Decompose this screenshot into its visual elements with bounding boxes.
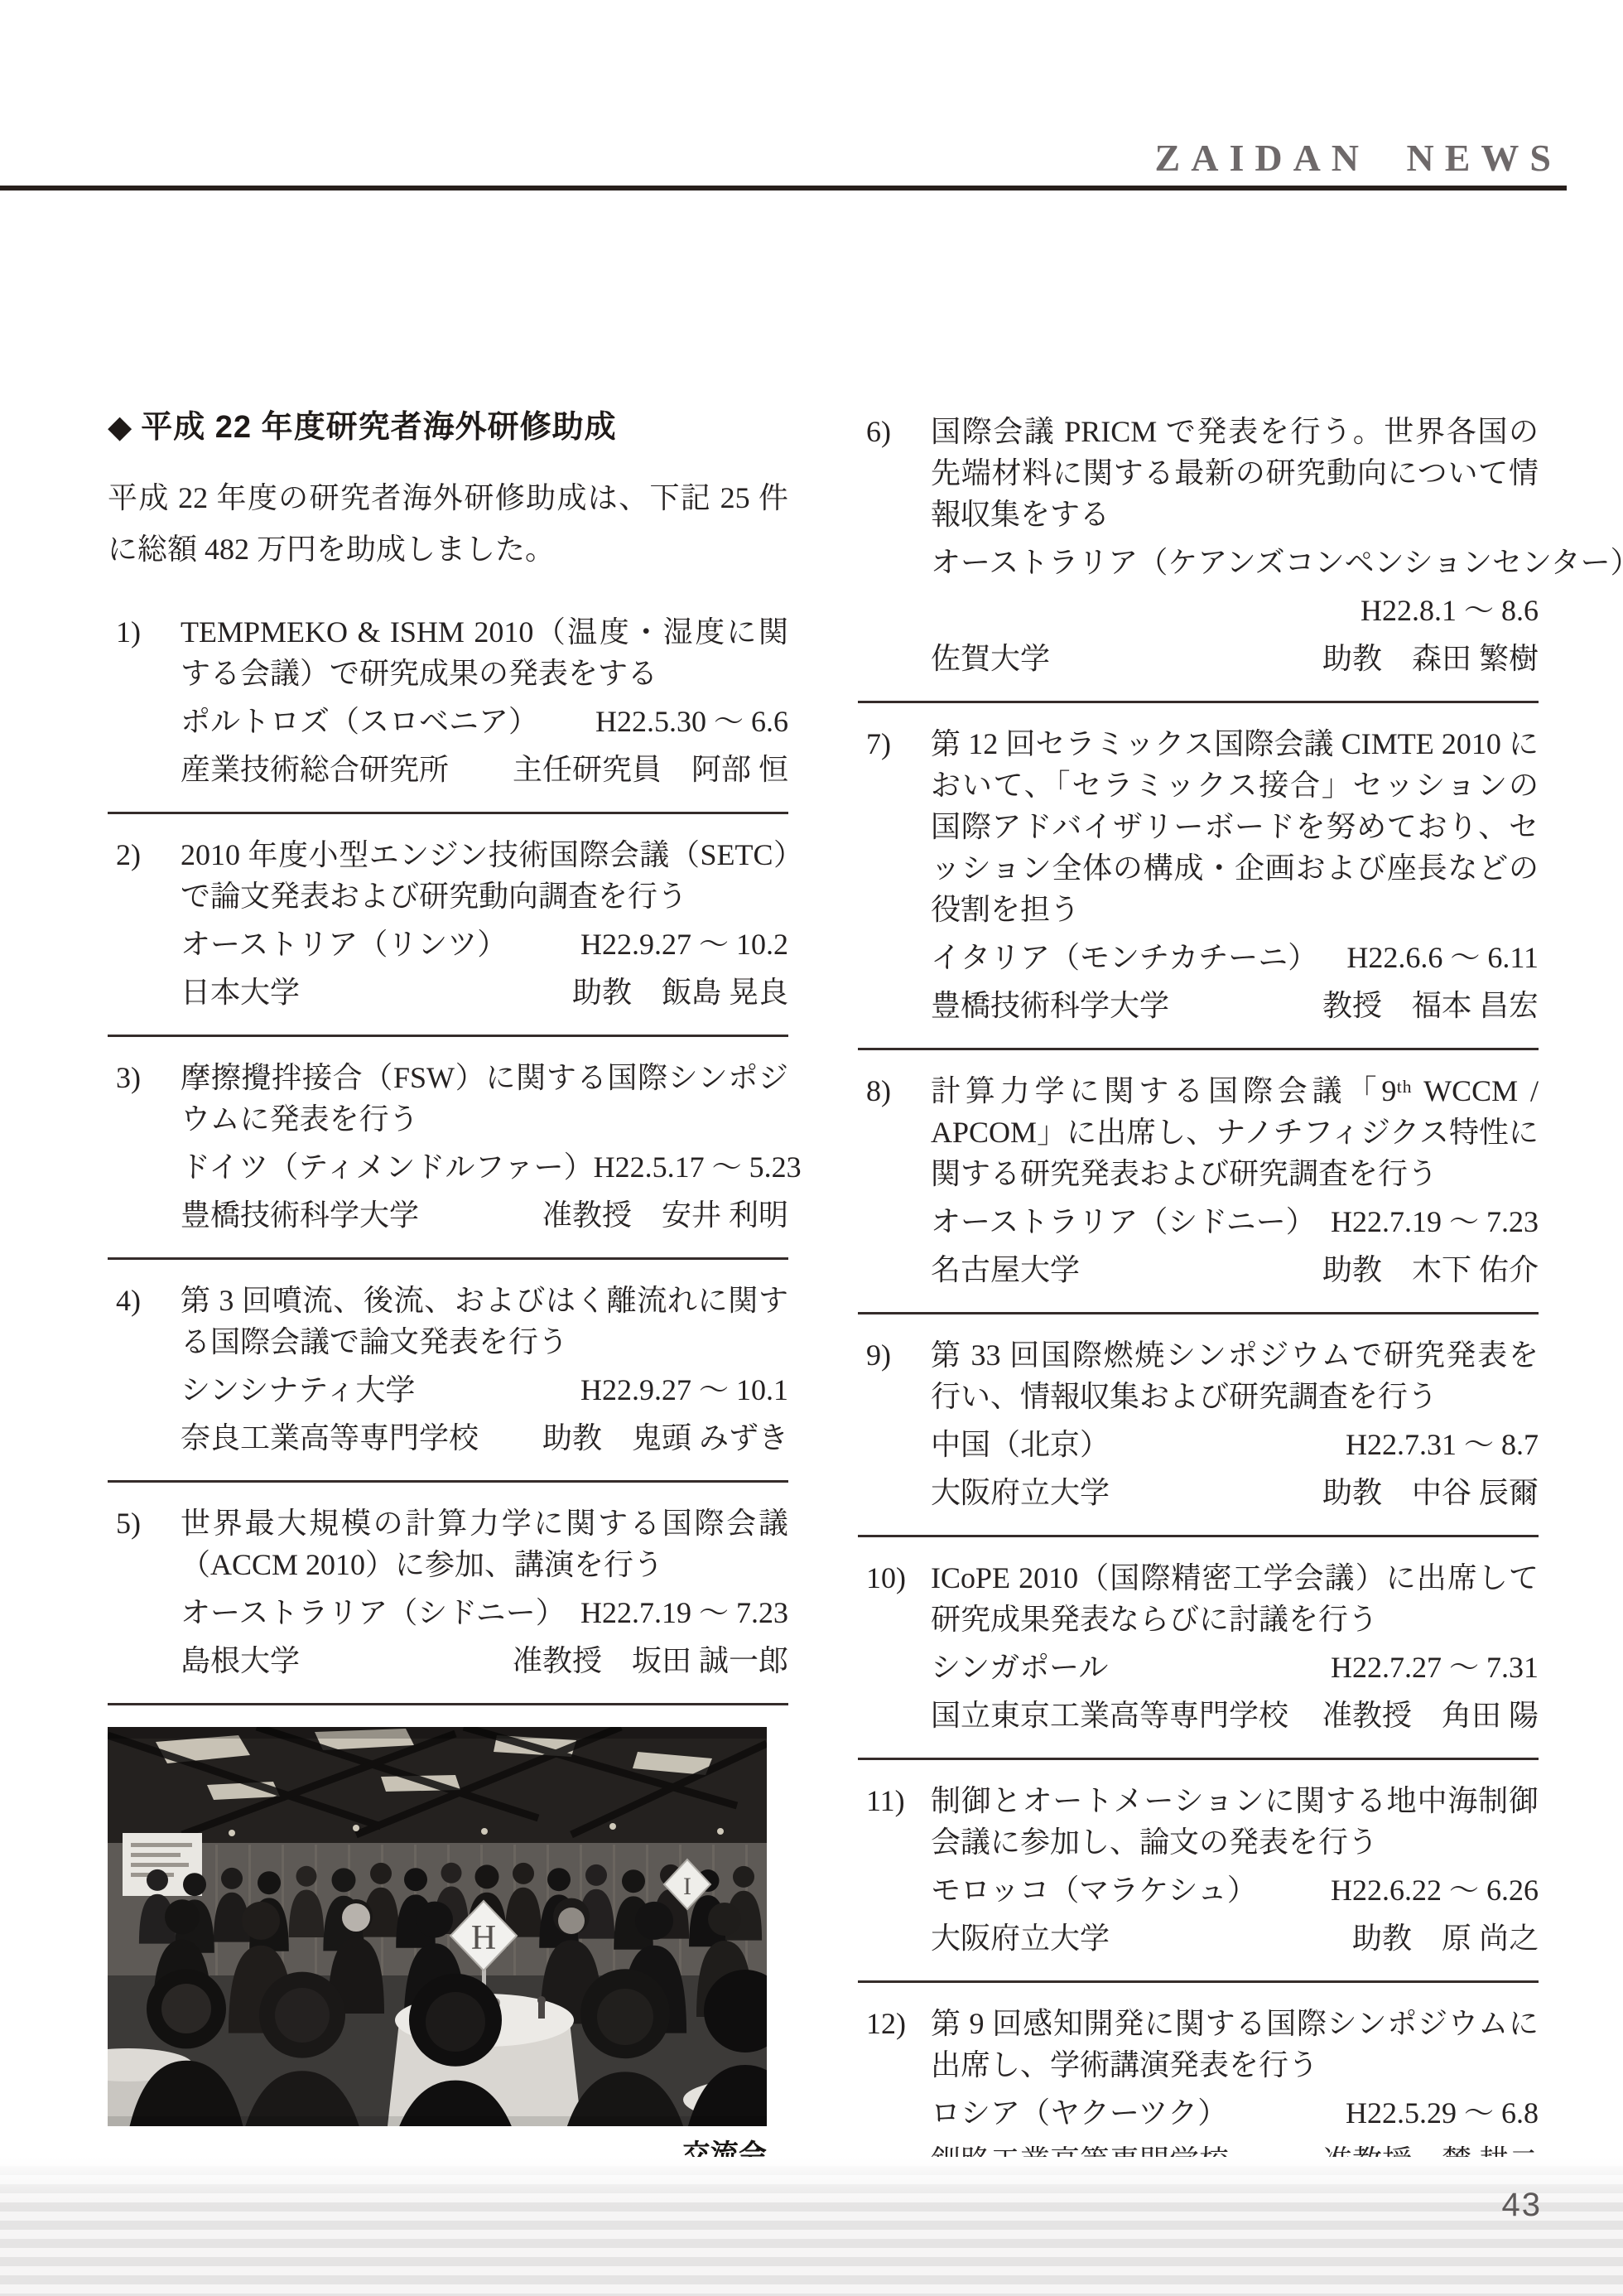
grant-number: 5) bbox=[108, 1503, 181, 1585]
grant-institution: 大阪府立大学 bbox=[931, 1472, 1110, 1513]
grant-item-9: 9) 第 33 回国際燃焼シンポジウムで研究発表を行い、情報収集および研究調査を… bbox=[858, 1314, 1539, 1537]
grant-period: H22.7.27 ～ 7.31 bbox=[1331, 1647, 1539, 1688]
grant-description: 摩擦攪拌接合（FSW）に関する国際シンポジウムに発表を行う bbox=[181, 1057, 788, 1140]
table-sign-h: H bbox=[471, 1919, 496, 1957]
grant-period: H22.5.17 ～ 5.23 bbox=[594, 1146, 802, 1188]
grant-institution: 国立東京工業高等専門学校 bbox=[931, 1695, 1288, 1736]
grant-person: 准教授 角田 陽 bbox=[1322, 1695, 1539, 1736]
grant-institution: 奈良工業高等専門学校 bbox=[181, 1417, 479, 1459]
grant-number: 11) bbox=[858, 1780, 931, 1863]
grant-institution: 名古屋大学 bbox=[931, 1249, 1080, 1290]
left-column: ◆平成 22 年度研究者海外研修助成 平成 22 年度の研究者海外研修助成は、下… bbox=[108, 408, 788, 2176]
grant-period: H22.7.19 ～ 7.23 bbox=[1331, 1201, 1539, 1242]
page-number: 43 bbox=[1502, 2187, 1543, 2224]
grant-period: H22.7.31 ～ 8.7 bbox=[1346, 1424, 1539, 1465]
grant-period: H22.7.19 ～ 7.23 bbox=[580, 1592, 788, 1633]
grant-location: オーストラリア（ケアンズコンペンションセンター） bbox=[931, 542, 1623, 583]
grant-number: 1) bbox=[108, 611, 181, 694]
header-rule-divider bbox=[0, 186, 1567, 191]
grant-institution: 大阪府立大学 bbox=[931, 1917, 1110, 1959]
diamond-marker-icon: ◆ bbox=[108, 410, 132, 445]
grant-person: 助教 中谷 辰爾 bbox=[1322, 1472, 1539, 1513]
grant-item-2: 2) 2010 年度小型エンジン技術国際会議（SETC）で論文発表および研究動向… bbox=[108, 814, 788, 1037]
grant-institution: 豊橋技術科学大学 bbox=[931, 985, 1169, 1026]
grant-person: 助教 原 尚之 bbox=[1352, 1917, 1539, 1959]
grant-description: 第 3 回噴流、後流、およびはく離流れに関する国際会議で論文発表を行う bbox=[181, 1280, 788, 1363]
grant-number: 9) bbox=[858, 1334, 931, 1417]
grant-description: ICoPE 2010（国際精密工学会議）に出席して研究成果発表ならびに討議を行う bbox=[931, 1557, 1539, 1640]
grant-item-7: 7) 第 12 回セラミックス国際会議 CIMTE 2010 において、「セラミ… bbox=[858, 703, 1539, 1050]
grant-person: 助教 鬼頭 みずき bbox=[542, 1417, 788, 1459]
grant-item-6: 6) 国際会議 PRICM で発表を行う。世界各国の先端材料に関する最新の研究動… bbox=[858, 408, 1539, 703]
grant-description: 第 9 回感知開発に関する国際シンポジウムに出席し、学術講演発表を行う bbox=[931, 2003, 1539, 2086]
grant-number: 7) bbox=[858, 723, 931, 930]
grant-period: H22.5.29 ～ 6.8 bbox=[1346, 2092, 1539, 2134]
grant-location: イタリア（モンチカチーニ） bbox=[931, 937, 1317, 978]
grant-location: ポルトロズ（スロベニア） bbox=[181, 701, 538, 742]
grant-period: H22.5.30 ～ 6.6 bbox=[595, 701, 788, 742]
grant-item-4: 4) 第 3 回噴流、後流、およびはく離流れに関する国際会議で論文発表を行う シ… bbox=[108, 1260, 788, 1483]
grant-location: オーストリア（リンツ） bbox=[181, 924, 507, 965]
grant-institution: 日本大学 bbox=[181, 972, 300, 1013]
grant-item-1: 1) TEMPMEKO & ISHM 2010（温度・湿度に関する会議）で研究成… bbox=[108, 591, 788, 814]
section-title-text: 平成 22 年度研究者海外研修助成 bbox=[141, 410, 616, 445]
grant-number: 3) bbox=[108, 1057, 181, 1140]
grant-description: 国際会議 PRICM で発表を行う。世界各国の先端材料に関する最新の研究動向につ… bbox=[931, 411, 1539, 535]
grant-institution: 豊橋技術科学大学 bbox=[181, 1194, 419, 1236]
table-sign-i: I bbox=[683, 1873, 691, 1900]
grant-institution: 産業技術総合研究所 bbox=[181, 749, 449, 790]
grant-institution: 佐賀大学 bbox=[931, 638, 1050, 679]
grant-number: 2) bbox=[108, 834, 181, 917]
grant-item-8: 8) 計算力学に関する国際会議「9ᵗʰ WCCM / APCOM」に出席し、ナノ… bbox=[858, 1050, 1539, 1314]
grant-item-11: 11) 制御とオートメーションに関する地中海制御会議に参加し、論文の発表を行う … bbox=[858, 1760, 1539, 1983]
grant-number: 10) bbox=[858, 1557, 931, 1640]
grant-period: H22.6.22 ～ 6.26 bbox=[1331, 1869, 1539, 1911]
grant-location: シンシナティ大学 bbox=[181, 1369, 415, 1411]
section-intro: 平成 22 年度の研究者海外研修助成は、下記 25 件に総額 482 万円を助成… bbox=[108, 472, 788, 575]
grant-number: 8) bbox=[858, 1070, 931, 1194]
right-column: 6) 国際会議 PRICM で発表を行う。世界各国の先端材料に関する最新の研究動… bbox=[858, 408, 1539, 2206]
grant-description: 第 33 回国際燃焼シンポジウムで研究発表を行い、情報収集および研究調査を行う bbox=[931, 1334, 1539, 1417]
grant-person: 助教 飯島 晃良 bbox=[572, 972, 788, 1013]
grant-number: 6) bbox=[858, 411, 931, 535]
grant-period: H22.6.6 ～ 6.11 bbox=[1346, 937, 1539, 978]
grant-item-10: 10) ICoPE 2010（国際精密工学会議）に出席して研究成果発表ならびに討… bbox=[858, 1537, 1539, 1760]
grant-description: 制御とオートメーションに関する地中海制御会議に参加し、論文の発表を行う bbox=[931, 1780, 1539, 1863]
grant-location: オーストラリア（シドニー） bbox=[181, 1592, 566, 1633]
magazine-page: { "header": { "brand": "ZAIDAN NEWS" }, … bbox=[0, 0, 1623, 2296]
grant-period: H22.9.27 ～ 10.1 bbox=[580, 1369, 788, 1411]
grant-person: 准教授 安井 利明 bbox=[542, 1194, 788, 1236]
grant-period: H22.9.27 ～ 10.2 bbox=[580, 924, 788, 965]
grant-person: 助教 森田 繁樹 bbox=[1322, 638, 1539, 679]
grant-location: シンガポール bbox=[931, 1647, 1108, 1688]
grant-person: 教授 福本 昌宏 bbox=[1322, 985, 1539, 1026]
grant-number: 4) bbox=[108, 1280, 181, 1363]
grant-number: 12) bbox=[858, 2003, 931, 2086]
grant-period: H22.8.1 ～ 8.6 bbox=[1361, 590, 1539, 631]
grant-description: 2010 年度小型エンジン技術国際会議（SETC）で論文発表および研究動向調査を… bbox=[181, 834, 788, 917]
grant-location: ドイツ（ティメンドルファー） bbox=[181, 1146, 594, 1188]
grant-institution: 島根大学 bbox=[181, 1640, 300, 1681]
grant-location: ロシア（ヤクーツク） bbox=[931, 2092, 1227, 2134]
grant-location: オーストラリア（シドニー） bbox=[931, 1201, 1316, 1242]
footer-stripes: 43 bbox=[0, 2157, 1623, 2296]
grant-item-3: 3) 摩擦攪拌接合（FSW）に関する国際シンポジウムに発表を行う ドイツ（ティメ… bbox=[108, 1037, 788, 1260]
grant-person: 助教 木下 佑介 bbox=[1322, 1249, 1539, 1290]
grant-item-5: 5) 世界最大規模の計算力学に関する国際会議（ACCM 2010）に参加、講演を… bbox=[108, 1483, 788, 1705]
grant-person: 主任研究員 阿部 恒 bbox=[513, 749, 788, 790]
grant-person: 准教授 坂田 誠一郎 bbox=[513, 1640, 788, 1681]
reception-photo: H I bbox=[108, 1727, 767, 2126]
grant-location: モロッコ（マラケシュ） bbox=[931, 1869, 1257, 1911]
section-title: ◆平成 22 年度研究者海外研修助成 bbox=[108, 408, 788, 447]
grant-description: 世界最大規模の計算力学に関する国際会議（ACCM 2010）に参加、講演を行う bbox=[181, 1503, 788, 1585]
grant-description: 計算力学に関する国際会議「9ᵗʰ WCCM / APCOM」に出席し、ナノチフィ… bbox=[931, 1070, 1539, 1194]
grant-description: TEMPMEKO & ISHM 2010（温度・湿度に関する会議）で研究成果の発… bbox=[181, 611, 788, 694]
grant-description: 第 12 回セラミックス国際会議 CIMTE 2010 において、「セラミックス… bbox=[931, 723, 1539, 930]
page-brand-title: ZAIDAN NEWS bbox=[1155, 136, 1562, 180]
grant-location: 中国（北京） bbox=[931, 1424, 1110, 1465]
